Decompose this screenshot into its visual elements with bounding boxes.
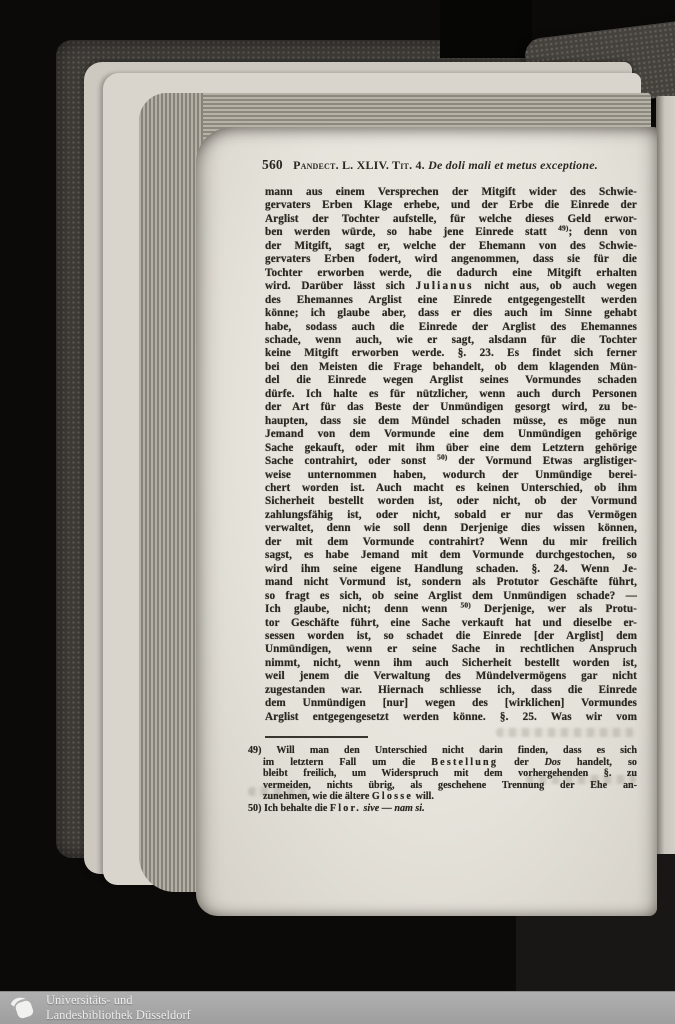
text-line: sagst, es habe Jemand mit dem Vormunde d… xyxy=(265,549,637,562)
text-line: keine Mitgift erworben werde. §. 23. Es … xyxy=(265,347,637,360)
footnote-rule xyxy=(265,736,368,738)
text-line: zugestanden war. Hiernach schliesse ich,… xyxy=(265,684,637,697)
text-line: zunehmen, wie die ältere Glosse will. xyxy=(248,791,637,803)
text-line: wird ihm seine eigene Handlung schaden. … xyxy=(265,563,637,576)
text-line: chert worden ist. Auch macht es keinen U… xyxy=(265,482,637,495)
text-line: tor Geschäfte führt, eine Sache verkauft… xyxy=(265,617,637,630)
header-title-italic: De doli mali et metus exceptione. xyxy=(428,158,598,172)
library-name-line1: Universitäts- und xyxy=(46,993,191,1008)
text-line: im letztern Fall um die Bestellung der D… xyxy=(248,757,637,769)
text-line: der Mitgift, sagt er, welche der Ehemann… xyxy=(265,240,637,253)
text-line: verwaltet, denn wie soll denn Derjenige … xyxy=(265,522,637,535)
page-number: 560 xyxy=(262,157,283,172)
text-line: Sache contrahirt, oder sonst 50) der Vor… xyxy=(265,455,637,468)
text-line: Tochter erworben werde, die dadurch eine… xyxy=(265,267,637,280)
text-line: Sicherheit bestellt worden ist, oder nic… xyxy=(265,495,637,508)
text-line: 49) Will man den Unterschied nicht darin… xyxy=(248,745,637,757)
text-line: so fragt es sich, ob seine Arglist dem U… xyxy=(265,590,637,603)
text-line: 50) Ich behalte die Flor. sive — nam si. xyxy=(248,803,637,815)
text-line: habe, sodass auch die Einrede der Arglis… xyxy=(265,321,637,334)
library-watermark-bar: Universitäts- und Landesbibliothek Düsse… xyxy=(0,991,675,1024)
text-line: Sache gekauft, oder mit ihm über eine de… xyxy=(265,442,637,455)
text-line: der mit dem Vormunde contrahirt? Wenn du… xyxy=(265,536,637,549)
ulb-duesseldorf-logo-icon xyxy=(6,994,40,1024)
text-line: wird. Darüber lässt sich Julianus nicht … xyxy=(265,280,637,293)
facing-page-sliver xyxy=(656,96,675,908)
text-line: gervaters Erben Klage erhebe, und der Er… xyxy=(265,199,637,212)
bleedthrough-smudge xyxy=(496,728,636,737)
text-line: Jemand von dem Vormunde eine dem Unmündi… xyxy=(265,428,637,441)
text-line: nimmt, nicht, wenn ihm auch Sicherheit b… xyxy=(265,657,637,670)
scanned-book-photo: 560 Pandect. L. XLIV. Tit. 4. De doli ma… xyxy=(0,0,675,1024)
header-title: Pandect. L. XLIV. Tit. 4. xyxy=(293,158,425,172)
text-line: Unmündigen, wenn er seine Sache in recht… xyxy=(265,643,637,656)
text-line: schade, wenn auch, wie er sagt, alsdann … xyxy=(265,334,637,347)
text-line: weise unternommen haben, wodurch der Unm… xyxy=(265,469,637,482)
text-line: der Art für das Beste der Unmündigen ges… xyxy=(265,401,637,414)
text-line: ben werden würde, so habe jene Einrede s… xyxy=(265,226,637,239)
text-line: gervaters Erben fodert, wird angenommen,… xyxy=(265,253,637,266)
running-header: 560 Pandect. L. XLIV. Tit. 4. De doli ma… xyxy=(262,157,638,173)
text-line: zahlungsfähig ist, oder nicht, sobald er… xyxy=(265,509,637,522)
text-line: vermeiden, nichts übrig, als geschehene … xyxy=(248,780,637,792)
text-line: bleibt freilich, um Widerspruch mit dem … xyxy=(248,768,637,780)
library-name-line2: Landesbibliothek Düsseldorf xyxy=(46,1008,191,1023)
text-line: del die Einrede wegen Arglist seines Vor… xyxy=(265,374,637,387)
text-line: könne; ich glaube aber, dass er dies auc… xyxy=(265,307,637,320)
text-line: sessen worden ist, so schadet die Einred… xyxy=(265,630,637,643)
text-line: mann aus einem Versprechen der Mitgift w… xyxy=(265,186,637,199)
text-line: dem Unmündigen [nur] wegen des [wirklich… xyxy=(265,697,637,710)
cover-shadow xyxy=(440,0,532,58)
scanned-page: 560 Pandect. L. XLIV. Tit. 4. De doli ma… xyxy=(196,127,657,916)
library-name: Universitäts- und Landesbibliothek Düsse… xyxy=(46,993,191,1022)
text-line: haupten, dass sie dem Mündel schaden müs… xyxy=(265,415,637,428)
text-line: Ich glaube, nicht; denn wenn 50) Derjeni… xyxy=(265,603,637,616)
text-line: bei den Meisten die Frage behandelt, ob … xyxy=(265,361,637,374)
text-line: Arglist entgegengesetzt werden könne. §.… xyxy=(265,711,637,724)
footnotes: 49) Will man den Unterschied nicht darin… xyxy=(248,745,637,815)
text-line: dürfe. Ich halte es für nützlicher, wenn… xyxy=(265,388,637,401)
text-line: Arglist der Tochter aufstelle, für welch… xyxy=(265,213,637,226)
text-line: weil jenem die Verwaltung des Mündelverm… xyxy=(265,670,637,683)
text-line: mand nicht Vormund ist, sondern als Prot… xyxy=(265,576,637,589)
text-line: des Ehemannes Arglist eine Einrede entge… xyxy=(265,294,637,307)
body-text: mann aus einem Versprechen der Mitgift w… xyxy=(265,186,637,724)
